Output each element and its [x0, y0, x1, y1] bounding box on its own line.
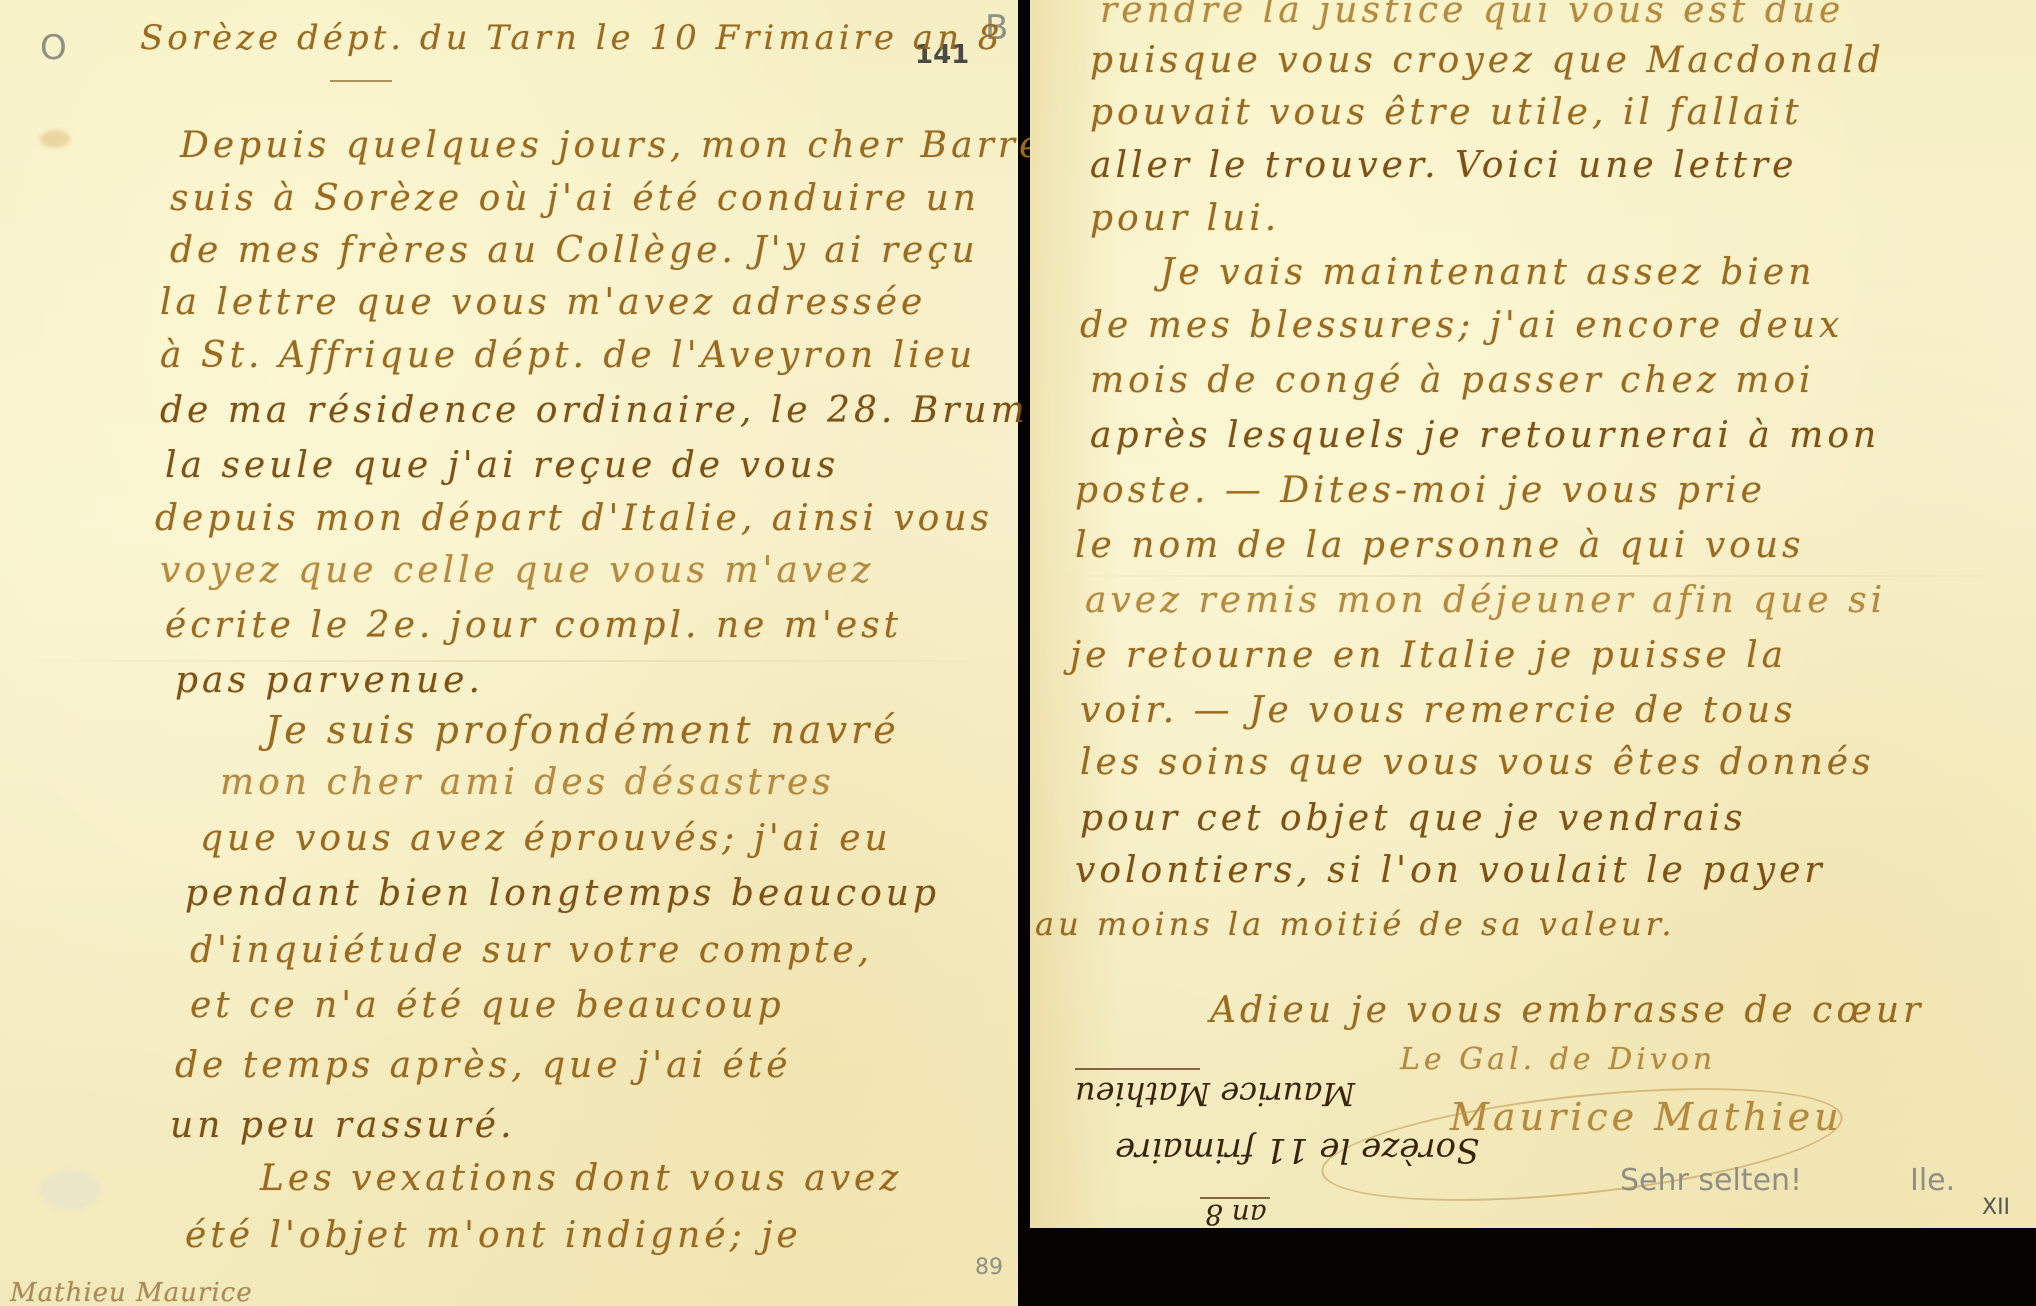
heading-underline	[330, 80, 392, 82]
signatory-title: Le Gal. de Divon	[1400, 1042, 1716, 1077]
letter-line: depuis mon départ d'Italie, ainsi vous	[155, 498, 993, 539]
letter-line: suis à Sorèze où j'ai été conduire un	[170, 178, 980, 219]
letter-line: de mes blessures; j'ai encore deux	[1080, 305, 1843, 346]
letter-line: Depuis quelques jours, mon cher Barré je	[180, 125, 1100, 166]
letter-line: écrite le 2e. jour compl. ne m'est	[165, 605, 902, 646]
letter-line: Je vais maintenant assez bien	[1160, 252, 1815, 293]
letter-line: à St. Affrique dépt. de l'Aveyron lieu	[160, 335, 976, 376]
letter-line: les soins que vous vous êtes donnés	[1080, 742, 1875, 783]
letter-line: de ma résidence ordinaire, le 28. Brumai…	[160, 390, 1116, 431]
docket-place-date: Sorèze le 11 frimaire	[1115, 1130, 1479, 1170]
ink-blot	[40, 130, 70, 148]
letter-line: après lesquels je retournerai à mon	[1090, 415, 1880, 456]
margin-circle-mark: O	[40, 28, 67, 68]
docket-year: an 8	[1205, 1198, 1266, 1231]
page-fold	[1030, 575, 2036, 577]
letter-line: au moins la moitié de sa valeur.	[1035, 905, 1676, 943]
pencil-mark: Ile.	[1910, 1163, 1955, 1198]
letter-line: Je suis profondément navré	[265, 708, 900, 752]
left-page: O B 141 Sorèze dépt. du Tarn le 10 Frima…	[0, 0, 1018, 1306]
pencil-note: Sehr selten!	[1620, 1163, 1802, 1198]
letter-line: poste. — Dites-moi je vous prie	[1075, 470, 1766, 511]
letter-line: pouvait vous être utile, il fallait	[1090, 92, 1803, 133]
letter-line: pour cet objet que je vendrais	[1080, 798, 1746, 839]
right-page: rendre la justice qui vous est due puisq…	[1030, 0, 2036, 1228]
letter-line: voir. — Je vous remercie de tous	[1080, 690, 1797, 731]
letter-heading: Sorèze dépt. du Tarn le 10 Frimaire an 8	[140, 18, 1003, 58]
letter-line: pendant bien longtemps beaucoup	[185, 873, 940, 914]
letter-line: puisque vous croyez que Macdonald	[1090, 40, 1885, 81]
letter-line: un peu rassuré.	[170, 1105, 516, 1146]
letter-line: été l'objet m'ont indigné; je	[185, 1215, 802, 1256]
letter-line: de mes frères au Collège. J'y ai reçu	[170, 230, 979, 271]
letter-line: et ce n'a été que beaucoup	[190, 985, 785, 1026]
letter-line: que vous avez éprouvés; j'ai eu	[200, 818, 892, 859]
letter-line: Les vexations dont vous avez	[260, 1158, 902, 1199]
letter-line: rendre la justice qui vous est due	[1100, 0, 1844, 31]
letter-line: je retourne en Italie je puisse la	[1070, 635, 1787, 676]
archival-name-label: Mathieu Maurice	[10, 1278, 253, 1306]
letter-line: mon cher ami des désastres	[220, 762, 835, 803]
letter-line: pas parvenue.	[175, 660, 484, 701]
docket-rule	[1075, 1068, 1200, 1070]
letter-line: la seule que j'ai reçue de vous	[165, 445, 839, 486]
letter-line: la lettre que vous m'avez adressée	[160, 282, 926, 323]
letter-line: volontiers, si l'on voulait le payer	[1075, 850, 1826, 891]
page-fold	[0, 660, 1018, 662]
letter-line: voyez que celle que vous m'avez	[160, 550, 874, 591]
letter-line: de temps après, que j'ai été	[175, 1045, 792, 1086]
letter-line: pour lui.	[1090, 198, 1280, 239]
letter-closing: Adieu je vous embrasse de cœur	[1210, 990, 1924, 1031]
letter-line: aller le trouver. Voici une lettre	[1090, 145, 1797, 186]
folio-number: XII	[1982, 1195, 2010, 1220]
docket-name: Maurice Mathieu	[1075, 1075, 1355, 1113]
letter-line: avez remis mon déjeuner afin que si	[1085, 580, 1886, 621]
paper-stain	[40, 1170, 100, 1210]
letter-line: d'inquiétude sur votre compte,	[190, 930, 873, 971]
letter-line: mois de congé à passer chez moi	[1090, 360, 1815, 401]
letter-line: le nom de la personne à qui vous	[1075, 525, 1805, 566]
pencil-page-number: 89	[975, 1255, 1003, 1280]
